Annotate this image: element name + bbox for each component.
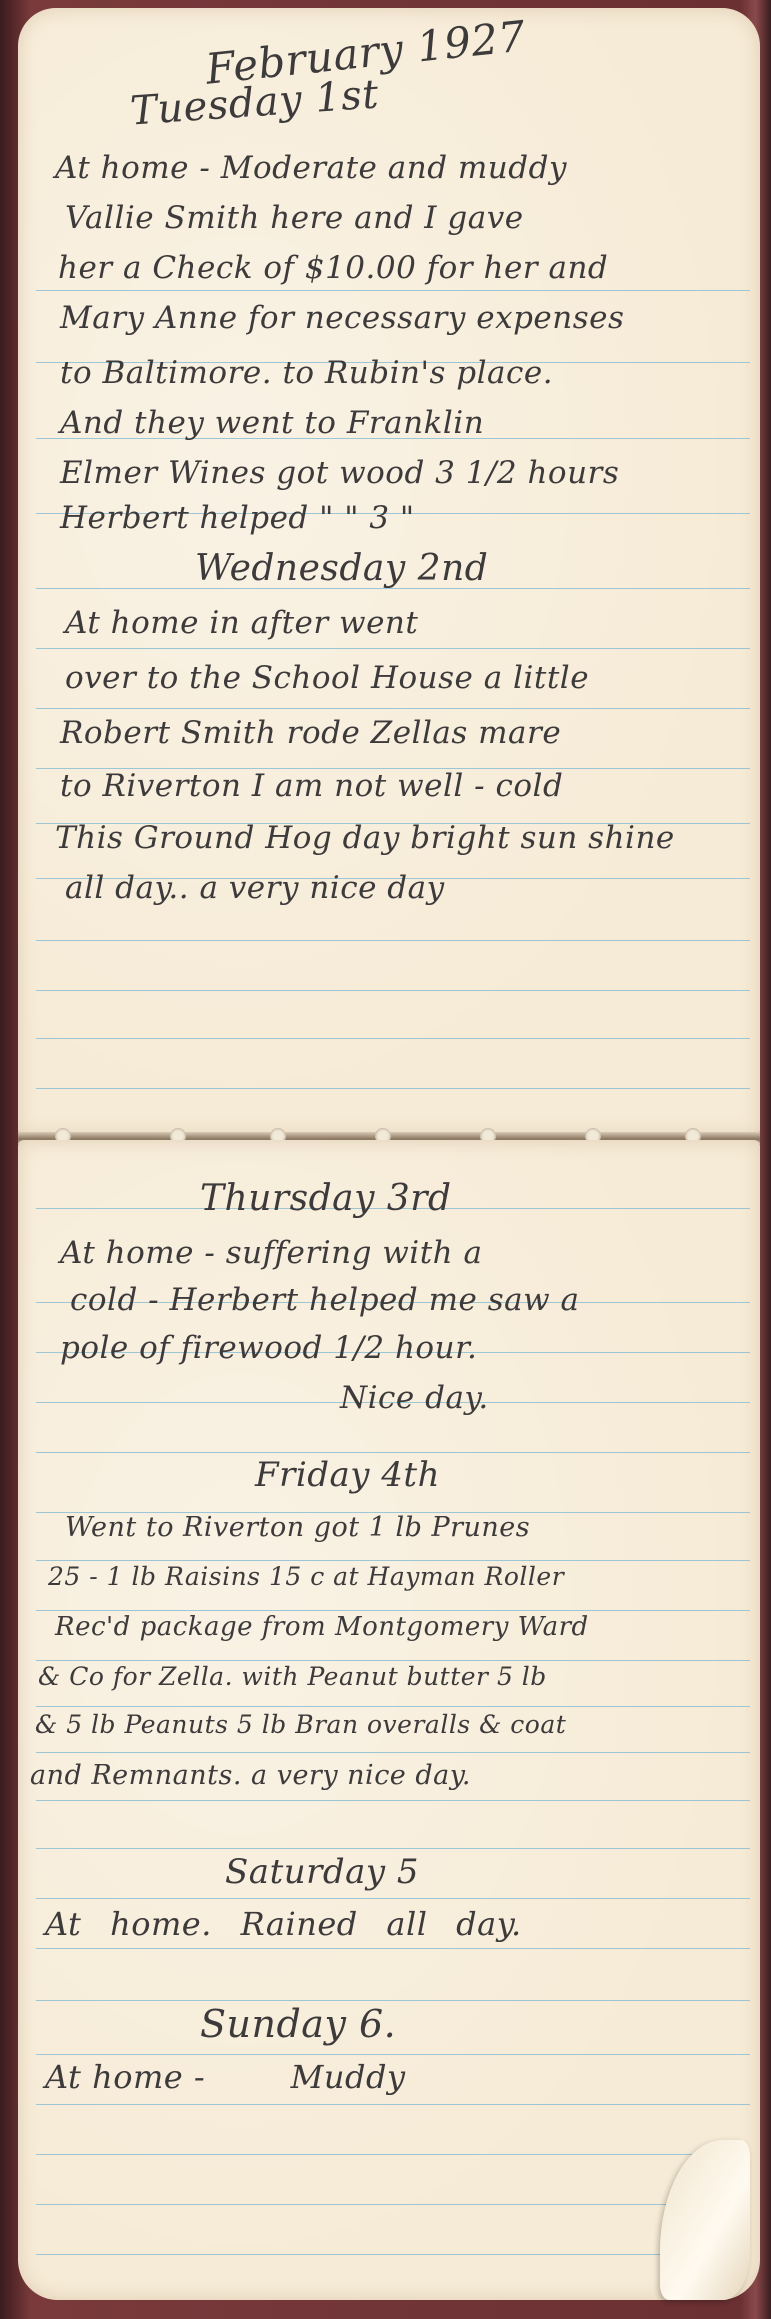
entry-line: 25 - 1 lb Raisins 15 c at Hayman Roller <box>48 1562 564 1591</box>
ruled-line <box>36 2204 750 2205</box>
entry-line: & Co for Zella. with Peanut butter 5 lb <box>38 1662 547 1691</box>
entry-line: Went to Riverton got 1 lb Prunes <box>65 1512 530 1543</box>
entry-line: Mary Anne for necessary expenses <box>60 300 624 336</box>
ruled-line <box>36 290 750 291</box>
entry-line: all day.. a very nice day <box>65 870 445 906</box>
entry-day-heading: Wednesday 2nd <box>195 548 488 589</box>
ruled-line <box>36 708 750 709</box>
ruled-line <box>36 1706 750 1707</box>
entry-line: And they went to Franklin <box>60 405 484 441</box>
ruled-line <box>36 1610 750 1611</box>
ruled-line <box>36 1898 750 1899</box>
entry-line: over to the School House a little <box>65 660 589 696</box>
entry-day-heading: Thursday 3rd <box>200 1178 452 1219</box>
entry-line: Vallie Smith here and I gave <box>65 200 524 236</box>
entry-line: to Riverton I am not well - cold <box>60 768 563 804</box>
entry-line: cold - Herbert helped me saw a <box>70 1282 579 1318</box>
ruled-line <box>36 1800 750 1801</box>
entry-line: Herbert helped " " 3 " <box>60 500 415 536</box>
ruled-line <box>36 648 750 649</box>
ruled-line <box>36 1660 750 1661</box>
entry-line: Robert Smith rode Zellas mare <box>60 715 561 751</box>
ruled-line <box>36 1752 750 1753</box>
entry-line: Rec'd package from Montgomery Ward <box>55 1612 589 1642</box>
ruled-line <box>36 1088 750 1089</box>
ruled-line <box>36 1038 750 1039</box>
ruled-line <box>36 2254 750 2255</box>
ruled-line <box>36 2000 750 2001</box>
entry-day-heading: Saturday 5 <box>225 1852 419 1892</box>
ruled-line <box>36 1560 750 1561</box>
ruled-line <box>36 1452 750 1453</box>
entry-line: This Ground Hog day bright sun shine <box>55 820 675 856</box>
ruled-line <box>36 940 750 941</box>
ruled-line <box>36 1948 750 1949</box>
entry-line: her a Check of $10.00 for her and <box>58 250 608 286</box>
entry-line: At home - Moderate and muddy <box>55 150 567 186</box>
entry-line: to Baltimore. to Rubin's place. <box>60 355 553 391</box>
entry-line: At home - Muddy <box>45 2058 406 2096</box>
ruled-line <box>36 2154 750 2155</box>
entry-day-heading: Friday 4th <box>255 1455 440 1495</box>
entry-day-heading: Sunday 6. <box>200 2002 396 2046</box>
entry-line: and Remnants. a very nice day. <box>30 1760 471 1791</box>
ruled-line <box>36 1848 750 1849</box>
entry-line: At home - suffering with a <box>60 1235 482 1271</box>
entry-line: Elmer Wines got wood 3 1/2 hours <box>60 455 619 491</box>
ruled-line <box>36 2104 750 2105</box>
entry-line: Nice day. <box>340 1380 489 1416</box>
entry-line: & 5 lb Peanuts 5 lb Bran overalls & coat <box>35 1710 566 1739</box>
ruled-line <box>36 990 750 991</box>
entry-line: At home in after went <box>65 605 418 641</box>
entry-line: pole of firewood 1/2 hour. <box>60 1330 477 1366</box>
entry-line: At home. Rained all day. <box>45 1905 522 1943</box>
ruled-line <box>36 2054 750 2055</box>
